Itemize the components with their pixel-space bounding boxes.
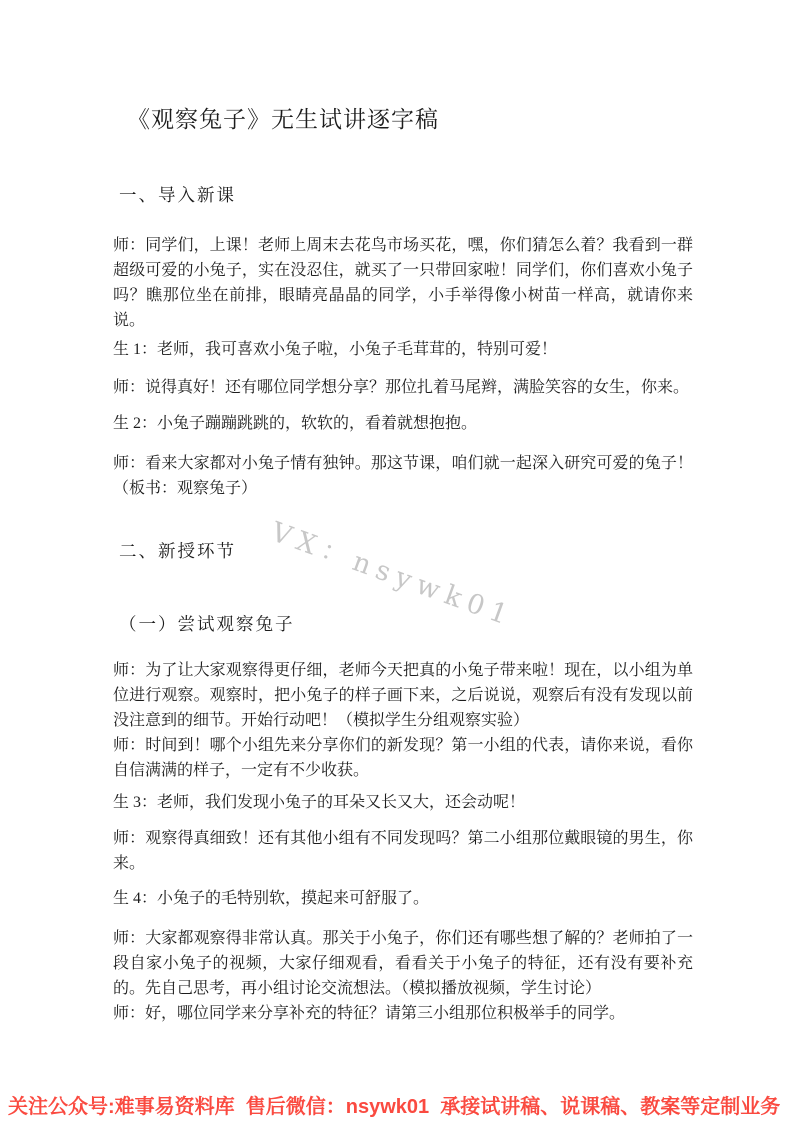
paragraph-teacher-followup: 师：说得真好！还有哪位同学想分享？那位扎着马尾辫，满脸笑容的女生，你来。 bbox=[113, 375, 693, 400]
page-title: 《观察兔子》无生试讲逐字稿 bbox=[127, 104, 693, 136]
paragraph-teacher-share-request: 师：好，哪位同学来分享补充的特征？请第三小组那位积极举手的同学。 bbox=[113, 1001, 693, 1026]
paragraph-teacher-praise: 师：观察得真细致！还有其他小组有不同发现吗？第二小组那位戴眼镜的男生，你来。 bbox=[113, 826, 693, 876]
paragraph-student-4: 生 4：小兔子的毛特别软，摸起来可舒服了。 bbox=[113, 886, 693, 911]
document-content: 《观察兔子》无生试讲逐字稿 一、导入新课 师：同学们，上课！老师上周末去花鸟市场… bbox=[0, 0, 793, 1026]
promo-footer-text: 关注公众号:难事易资料库 售后微信：nsywk01 承接试讲稿、说课稿、教案等定… bbox=[8, 1095, 780, 1119]
paragraph-teacher-video: 师：大家都观察得非常认真。那关于小兔子，你们还有哪些想了解的？老师拍了一段自家小… bbox=[113, 926, 693, 1001]
section-heading-intro: 一、导入新课 bbox=[119, 183, 693, 207]
document-page: VX：nsywk01 《观察兔子》无生试讲逐字稿 一、导入新课 师：同学们，上课… bbox=[0, 0, 793, 1122]
paragraph-student-2: 生 2：小兔子蹦蹦跳跳的，软软的，看着就想抱抱。 bbox=[113, 411, 693, 436]
section-heading-new-lesson: 二、新授环节 bbox=[119, 539, 693, 563]
paragraph-teacher-group-task: 师：为了让大家观察得更仔细，老师今天把真的小兔子带来啦！现在，以小组为单位进行观… bbox=[113, 658, 693, 733]
paragraph-teacher-opening: 师：同学们，上课！老师上周末去花鸟市场买花，嘿，你们猜怎么着？我看到一群超级可爱… bbox=[113, 233, 693, 333]
subsection-heading-observe: （一）尝试观察兔子 bbox=[119, 612, 693, 636]
paragraph-student-1: 生 1：老师，我可喜欢小兔子啦，小兔子毛茸茸的，特别可爱！ bbox=[113, 337, 693, 362]
paragraph-student-3: 生 3：老师，我们发现小兔子的耳朵又长又大，还会动呢！ bbox=[113, 790, 693, 815]
paragraph-teacher-boardwriting: 师：看来大家都对小兔子情有独钟。那这节课，咱们就一起深入研究可爱的兔子！（板书：… bbox=[113, 451, 693, 501]
paragraph-teacher-time-up: 师：时间到！哪个小组先来分享你们的新发现？第一小组的代表，请你来说，看你自信满满… bbox=[113, 733, 693, 783]
